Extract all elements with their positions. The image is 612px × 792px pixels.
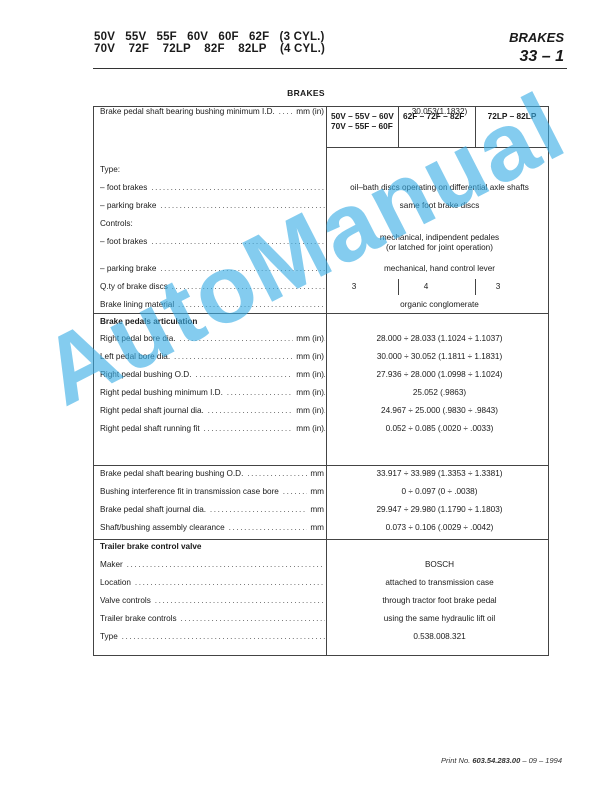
unit-label: mm (in) — [293, 352, 324, 362]
unit-label: mm — [307, 469, 324, 479]
table-row-label: Shaft/bushing assembly clearance .......… — [100, 523, 325, 533]
disc-count: 3 — [339, 282, 369, 291]
section-heading: Brake pedals articulation — [100, 317, 325, 327]
table-row-value: 24.967 ÷ 25.000 (.9830 ÷ .9843) — [329, 406, 550, 416]
section-divider — [94, 313, 548, 314]
table-row-label: Location ...............................… — [100, 578, 325, 588]
table-row-value: organic conglomerate — [329, 300, 550, 310]
table-row-label: Type ...................................… — [100, 632, 325, 642]
leader-dots: ........................................… — [156, 201, 325, 210]
table-row-label: Controls: — [100, 219, 325, 229]
table-row-label: Q.ty of brake discs ....................… — [100, 282, 325, 292]
table-row-value: BOSCH — [329, 560, 550, 570]
disc-divider — [398, 279, 399, 295]
leader-dots: ........................................… — [147, 183, 325, 192]
section-divider — [94, 539, 548, 540]
unit-label: mm — [307, 487, 324, 497]
table-row-label: Right pedal bushing O.D. ...............… — [100, 370, 325, 380]
value-line: (or latched for joint operation) — [329, 243, 550, 253]
print-date: – 09 – 1994 — [522, 756, 562, 765]
table-row-value: through tractor foot brake pedal — [329, 596, 550, 606]
table-row-value: same foot brake discs — [329, 201, 550, 211]
unit-label: mm (in) — [293, 370, 324, 380]
unit-label: mm (in) — [293, 424, 324, 434]
table-row-label: – foot brakes ..........................… — [100, 237, 325, 247]
leader-dots: ........................................… — [118, 632, 325, 641]
section-divider — [94, 465, 548, 466]
table-row-value: 0.538.008.321 — [329, 632, 550, 642]
table-row-value: attached to transmission case — [329, 578, 550, 588]
table-row-label: Bushing interference fit in transmission… — [100, 487, 325, 497]
unit-label: mm — [307, 505, 324, 515]
print-code: 603.54.283.00 — [472, 756, 520, 765]
table-row-label: Brake pedal shaft journal dia. .........… — [100, 505, 325, 515]
leader-dots: ........................................… — [131, 578, 325, 587]
print-number: Print No. 603.54.283.00 – 09 – 1994 — [441, 756, 562, 765]
page-number: 33 – 1 — [509, 47, 564, 67]
table-row-value: 27.936 ÷ 28.000 (1.0998 ÷ 1.1024) — [329, 370, 550, 380]
value-line: mechanical, indipendent pedales — [329, 233, 550, 243]
table-title: BRAKES — [0, 88, 612, 98]
table-row-value: 0 ÷ 0.097 (0 ÷ .0038) — [329, 487, 550, 497]
table-row-label: Trailer brake controls .................… — [100, 614, 325, 624]
table-row-label: Right pedal shaft journal dia. .........… — [100, 406, 325, 416]
table-row-value: 0.052 ÷ 0.085 (.0020 ÷ .0033) — [329, 424, 550, 434]
col-header-rule — [326, 147, 548, 148]
print-prefix: Print No. — [441, 756, 470, 765]
table-row-label: Right pedal shaft running fit ..........… — [100, 424, 325, 434]
table-row-value: 30.000 ÷ 30.052 (1.1811 ÷ 1.1831) — [329, 352, 550, 362]
leader-dots: ........................................… — [147, 237, 325, 246]
table-row-value: 29.947 ÷ 29.980 (1.1790 ÷ 1.1803) — [329, 505, 550, 515]
table-row-label: – parking brake ........................… — [100, 264, 325, 274]
leader-dots: ........................................… — [174, 300, 325, 309]
table-row-label: Brake lining material ..................… — [100, 300, 325, 310]
col-header-group1-line2: 70V – 55F – 60F — [331, 121, 394, 131]
table-row-label: Valve controls .........................… — [100, 596, 325, 606]
header-divider — [93, 68, 567, 69]
label-value-divider — [326, 107, 327, 655]
disc-divider — [475, 279, 476, 295]
disc-count: 3 — [483, 282, 513, 291]
table-row-label: Maker ..................................… — [100, 560, 325, 570]
table-row-label: Left pedal bore dia. ...................… — [100, 352, 325, 362]
unit-label: mm — [307, 523, 324, 533]
table-row-value: 25.052 (.9863) — [329, 388, 550, 398]
leader-dots: ........................................… — [156, 264, 325, 273]
leader-dots: ........................................… — [151, 596, 325, 605]
table-row-value: using the same hydraulic lift oil — [329, 614, 550, 624]
table-row-value: 30.053(1.1832) — [329, 107, 550, 117]
unit-label: mm (in) — [293, 388, 324, 398]
table-row-value: 0.073 ÷ 0.106 (.0029 ÷ .0042) — [329, 523, 550, 533]
table-row-label: Right pedal bushing minimum I.D. .......… — [100, 388, 325, 398]
unit-label: mm (in) — [293, 334, 324, 344]
models-4-cyl: 70V 72F 72LP 82F 82LP (4 CYL.) — [94, 43, 325, 55]
section-heading: Trailer brake control valve — [100, 542, 325, 552]
leader-dots: ........................................… — [123, 560, 325, 569]
models-3-cyl: 50V 55V 55F 60V 60F 62F (3 CYL.) — [94, 31, 325, 43]
table-row-value: mechanical, indipendent pedales(or latch… — [329, 233, 550, 253]
table-row-value: 28.000 ÷ 28.033 (1.1024 ÷ 1.1037) — [329, 334, 550, 344]
table-row-value: 33.917 ÷ 33.989 (1.3353 ÷ 1.3381) — [329, 469, 550, 479]
table-row-label: Brake pedal shaft bearing bushing O.D. .… — [100, 469, 325, 479]
table-row-label: – parking brake ........................… — [100, 201, 325, 211]
model-list: 50V 55V 55F 60V 60F 62F (3 CYL.) 70V 72F… — [94, 31, 325, 55]
leader-dots: ........................................… — [177, 614, 325, 623]
section-heading: BRAKES 33 – 1 — [509, 30, 564, 67]
disc-count: 4 — [411, 282, 441, 291]
unit-label: mm (in) — [293, 107, 324, 117]
table-row-value: mechanical, hand control lever — [329, 264, 550, 274]
table-row-label: Brake pedal shaft bearing bushing minimu… — [100, 107, 325, 117]
section-name: BRAKES — [509, 30, 564, 45]
table-row-label: Type: — [100, 165, 325, 175]
table-row-value: oil–bath discs operating on differential… — [329, 183, 550, 193]
leader-dots: ........................................… — [168, 282, 325, 291]
table-row-label: – foot brakes ..........................… — [100, 183, 325, 193]
unit-label: mm (in) — [293, 406, 324, 416]
table-row-label: Right pedal bore dia. ..................… — [100, 334, 325, 344]
brakes-spec-table: 50V – 55V – 60V 70V – 55F – 60F 62F – 72… — [93, 106, 549, 656]
